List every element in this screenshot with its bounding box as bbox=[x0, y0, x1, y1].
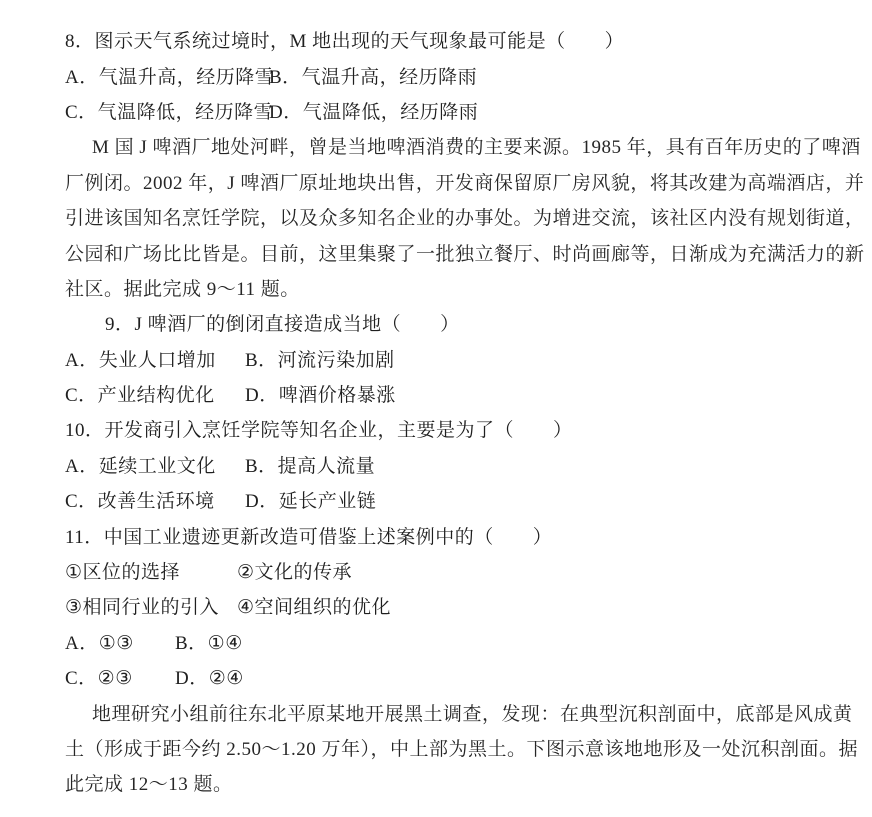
question-9-options-cd: C．产业结构优化 D．啤酒价格暴涨 bbox=[65, 376, 832, 411]
question-11-options-cd: C．②③ D．②④ bbox=[65, 659, 832, 694]
question-8-option-c: C．气温降低，经历降雪 bbox=[65, 97, 269, 124]
question-11-item-2: ②文化的传承 bbox=[237, 557, 352, 584]
passage-brewery-line-2: 厂例闭。2002 年，J 啤酒厂原址地块出售，开发商保留原厂房风貌，将其改建为高… bbox=[65, 164, 832, 199]
question-11-item-4: ④空间组织的优化 bbox=[237, 592, 391, 619]
question-9-options-ab: A．失业人口增加 B．河流污染加剧 bbox=[65, 341, 832, 376]
question-11-item-3: ③相同行业的引入 bbox=[65, 592, 237, 619]
question-11-option-a: A．①③ bbox=[65, 628, 175, 655]
question-11-option-c: C．②③ bbox=[65, 663, 175, 690]
question-11-option-b: B．①④ bbox=[175, 628, 243, 655]
question-11-items-12: ①区位的选择 ②文化的传承 bbox=[65, 553, 832, 588]
question-11-options-ab: A．①③ B．①④ bbox=[65, 624, 832, 659]
question-8-option-a: A．气温升高，经历降雪 bbox=[65, 62, 269, 89]
passage-brewery-line-4: 公园和广场比比皆是。目前，这里集聚了一批独立餐厅、时尚画廊等，日渐成为充满活力的… bbox=[65, 234, 832, 269]
question-11-option-d: D．②④ bbox=[175, 663, 244, 690]
question-8-option-b: B．气温升高，经历降雨 bbox=[269, 62, 477, 89]
question-11-stem: 11．中国工业遗迹更新改造可借鉴上述案例中的（ ） bbox=[65, 517, 832, 552]
question-9-option-d: D．啤酒价格暴涨 bbox=[245, 380, 396, 407]
passage-blacksoil-line-2: 土（形成于距今约 2.50～1.20 万年），中上部为黑土。下图示意该地地形及一… bbox=[65, 730, 832, 765]
question-8-option-d: D．气温降低，经历降雨 bbox=[269, 97, 478, 124]
question-8-stem: 8．图示天气系统过境时，M 地出现的天气现象最可能是（ ） bbox=[65, 22, 832, 57]
question-8-options-ab: A．气温升高，经历降雪 B．气温升高，经历降雨 bbox=[65, 57, 832, 92]
question-11-item-1: ①区位的选择 bbox=[65, 557, 237, 584]
question-9-option-c: C．产业结构优化 bbox=[65, 380, 245, 407]
passage-blacksoil-line-3: 此完成 12～13 题。 bbox=[65, 765, 832, 800]
question-9-option-a: A．失业人口增加 bbox=[65, 345, 245, 372]
question-10-option-c: C．改善生活环境 bbox=[65, 486, 245, 513]
question-11-items-34: ③相同行业的引入 ④空间组织的优化 bbox=[65, 588, 832, 623]
question-10-options-cd: C．改善生活环境 D．延长产业链 bbox=[65, 482, 832, 517]
question-9-option-b: B．河流污染加剧 bbox=[245, 345, 395, 372]
question-8-options-cd: C．气温降低，经历降雪 D．气温降低，经历降雨 bbox=[65, 93, 832, 128]
passage-brewery-line-3: 引进该国知名烹饪学院，以及众多知名企业的办事处。为增进交流，该社区内没有规划街道… bbox=[65, 199, 832, 234]
question-10-option-d: D．延长产业链 bbox=[245, 486, 376, 513]
exam-page: 8．图示天气系统过境时，M 地出现的天气现象最可能是（ ） A．气温升高，经历降… bbox=[0, 0, 872, 817]
question-10-options-ab: A．延续工业文化 B．提高人流量 bbox=[65, 447, 832, 482]
passage-blacksoil-line-1: 地理研究小组前往东北平原某地开展黑土调查，发现：在典型沉积剖面中，底部是风成黄 bbox=[65, 694, 832, 729]
passage-brewery-line-5: 社区。据此完成 9～11 题。 bbox=[65, 270, 832, 305]
question-9-stem: 9．J 啤酒厂的倒闭直接造成当地（ ） bbox=[65, 305, 832, 340]
question-10-option-a: A．延续工业文化 bbox=[65, 451, 245, 478]
passage-brewery-line-1: M 国 J 啤酒厂地处河畔，曾是当地啤酒消费的主要来源。1985 年，具有百年历… bbox=[65, 128, 832, 163]
question-10-option-b: B．提高人流量 bbox=[245, 451, 375, 478]
question-10-stem: 10．开发商引入烹饪学院等知名企业，主要是为了（ ） bbox=[65, 411, 832, 446]
